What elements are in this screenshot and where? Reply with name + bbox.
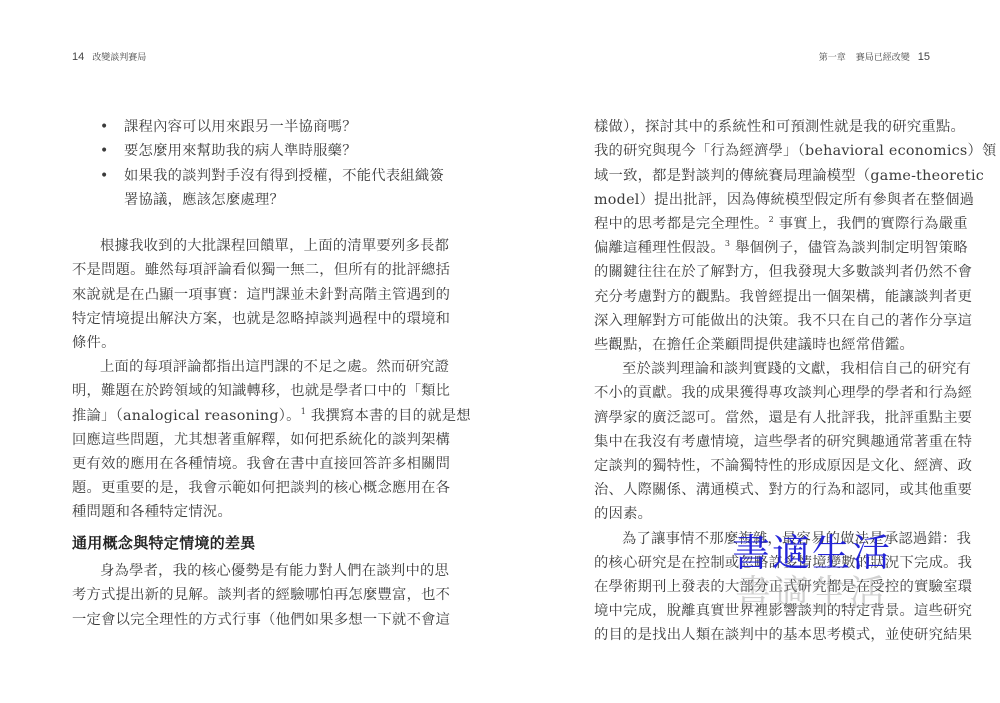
paragraph-line: 種問題和各種特定情況。 <box>72 502 232 522</box>
paragraph-line: 不是問題。雖然每項評論看似獨一無二，但所有的批評總括 <box>72 260 450 280</box>
text-span: 偏離這種理性假設。 <box>594 240 725 256</box>
left-page: 14改變談判賽局 • 課程內容可以用來跟另一半協商嗎？ • 要怎麼用來幫助我的病… <box>0 0 500 703</box>
paragraph-line: 身為學者，我的核心優勢是有能力對人們在談判中的思 <box>100 561 449 581</box>
paragraph-line: 治、人際關係、溝通模式、對方的行為和認同，或其他重要 <box>594 480 972 500</box>
paragraph-line: 不小的貢獻。我的成果獲得專攻談判心理學的學者和行為經 <box>594 383 972 403</box>
bullet-item: 課程內容可以用來跟另一半協商嗎？ <box>124 117 357 137</box>
text-span: 事實上，我們的實際行為嚴重 <box>779 216 968 232</box>
paragraph-line: 偏離這種理性假設。3 舉個例子，儘管為談判制定明智策略 <box>594 238 968 258</box>
paragraph-line: 充分考慮對方的觀點。我曾經提出一個架構，能讓談判者更 <box>594 287 972 307</box>
bullet-item: 如果我的談判對手沒有得到授權，不能代表組織簽 <box>124 166 444 186</box>
footnote-marker: 1 <box>301 407 306 416</box>
footnote-marker: 2 <box>769 215 774 224</box>
footnote-marker: 3 <box>725 239 730 248</box>
paragraph-line: 推論」（analogical reasoning）。1 我撰寫本書的目的就是想 <box>72 406 471 426</box>
paragraph-line: 至於談判理論和談判實踐的文獻，我相信自己的研究有 <box>622 359 971 379</box>
chapter-label: 第一章 <box>819 53 846 63</box>
paragraph-line: 明，難題在於跨領域的知識轉移，也就是學者口中的「類比 <box>72 381 450 401</box>
paragraph-line: 的目的是找出人類在談判中的基本思考模式，並使研究結果 <box>594 625 972 645</box>
paragraph-line: 定談判的獨特性，不論獨特性的形成原因是文化、經濟、政 <box>594 456 972 476</box>
text-span: 我撰寫本書的目的就是想 <box>311 408 471 424</box>
page-number: 14 <box>72 51 84 63</box>
paragraph-line: 來說就是在凸顯一項事實：這門課並未針對高階主管遇到的 <box>72 285 450 305</box>
paragraph-line: 的因素。 <box>594 504 652 524</box>
paragraph-line: 的關鍵往往在於了解對方，但我發現大多數談判者仍然不會 <box>594 262 972 282</box>
paragraph-line: 域一致，都是對談判的傳統賽局理論模型（game-theoretic <box>594 166 984 186</box>
paragraph-line: 樣做），探討其中的系統性和可預測性就是我的研究重點。 <box>594 117 965 137</box>
text-span: 舉個例子，儘管為談判制定明智策略 <box>735 240 968 256</box>
running-title: 改變談判賽局 <box>92 53 146 63</box>
paragraph-line: 特定情境提出解決方案，也就是忽略掉談判過程中的環境和 <box>72 309 450 329</box>
section-heading: 通用概念與特定情境的差異 <box>72 532 256 553</box>
paragraph-line: 集中在我沒有考慮情境，這些學者的研究興趣通常著重在特 <box>594 432 972 452</box>
bullet-item-continued: 署協議，應該怎麼處理？ <box>124 190 284 210</box>
right-running-head: 第一章賽局已經改變15 <box>819 50 930 63</box>
bullet-dot-icon: • <box>100 168 108 184</box>
page-number: 15 <box>918 51 930 63</box>
paragraph-line: 條件。 <box>72 333 116 353</box>
paragraph-line: 深入理解對方可能做出的決策。我不只在自己的著作分享這 <box>594 311 972 331</box>
paragraph-line: 回應這些問題，尤其想著重解釋，如何把系統化的談判架構 <box>72 430 450 450</box>
left-running-head: 14改變談判賽局 <box>72 50 146 63</box>
paragraph-line: 更有效的應用在各種情境。我會在書中直接回答許多相關問 <box>72 454 450 474</box>
text-span: 推論」（analogical reasoning）。 <box>72 408 301 424</box>
paragraph-line: 程中的思考都是完全理性。2 事實上，我們的實際行為嚴重 <box>594 214 968 234</box>
bullet-dot-icon: • <box>100 143 108 159</box>
paragraph-line: 一定會以完全理性的方式行事（他們如果多想一下就不會這 <box>72 610 450 630</box>
paragraph-line: 我的研究與現今「行為經濟學」（behavioral economics）領 <box>594 141 997 161</box>
paragraph-line: 根據我收到的大批課程回饋單，上面的清單要列多長都 <box>100 236 449 256</box>
running-title: 賽局已經改變 <box>856 53 910 63</box>
paragraph-line: 濟學家的廣泛認可。當然，還是有人批評我，批評重點主要 <box>594 408 972 428</box>
text-span: 程中的思考都是完全理性。 <box>594 216 769 232</box>
paragraph-line: 題。更重要的是，我會示範如何把談判的核心概念應用在各 <box>72 478 450 498</box>
paragraph-line: 上面的每項評論都指出這門課的不足之處。然而研究證 <box>100 357 449 377</box>
paragraph-line: 考方式提出新的見解。談判者的經驗哪怕再怎麼豐富，也不 <box>72 585 450 605</box>
watermark: 書適生活 <box>732 522 892 577</box>
bullet-dot-icon: • <box>100 119 108 135</box>
bullet-item: 要怎麼用來幫助我的病人準時服藥？ <box>124 141 357 161</box>
paragraph-line: 些觀點，在擔任企業顧問提供建議時也經常借鑑。 <box>594 335 914 355</box>
paragraph-line: model）提出批評，因為傳統模型假定所有參與者在整個過 <box>594 190 974 210</box>
